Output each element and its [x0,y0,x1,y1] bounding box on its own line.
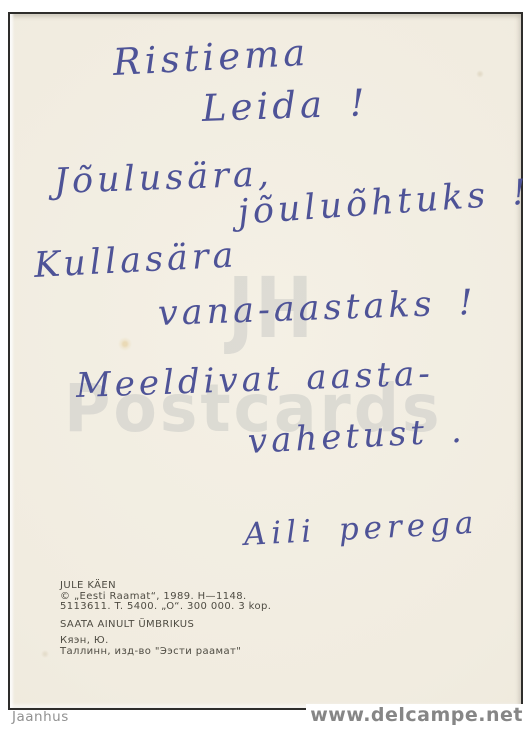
handwriting-greeting-line-3: Kullasära [33,235,238,286]
listing-page: JH Postcards Ristiema Leida ! Jõulusära,… [0,0,532,730]
handwriting-greeting-line-4: vana-aastaks ! [157,283,477,334]
handwriting-recipient-line-2: Leida ! [201,82,369,130]
postcard-scan: JH Postcards Ristiema Leida ! Jõulusära,… [8,12,523,710]
author-cyrillic: Кяэн, Ю. [60,636,271,647]
artist-credit: JULE KÄEN [60,581,271,592]
signature: Aili perega [243,506,479,554]
handwriting-recipient-line-1: Ristiema [112,32,310,85]
handwriting-greeting-line-2: jõuluõhtuks ! [237,173,532,234]
publisher-imprint: JULE KÄEN © „Eesti Raamat“, 1989. H—1148… [60,581,271,657]
edition-line: 5113611. T. 5400. „O“. 300 000. 3 kop. [60,602,271,613]
publisher-cyrillic: Таллинн, изд-во "Ээсти раамат" [60,647,271,658]
seller-name: Jaanhus [12,709,69,725]
site-watermark: www.delcampe.net [306,704,523,726]
envelope-notice: SAATA AINULT ÜMBRIKUS [60,620,271,631]
